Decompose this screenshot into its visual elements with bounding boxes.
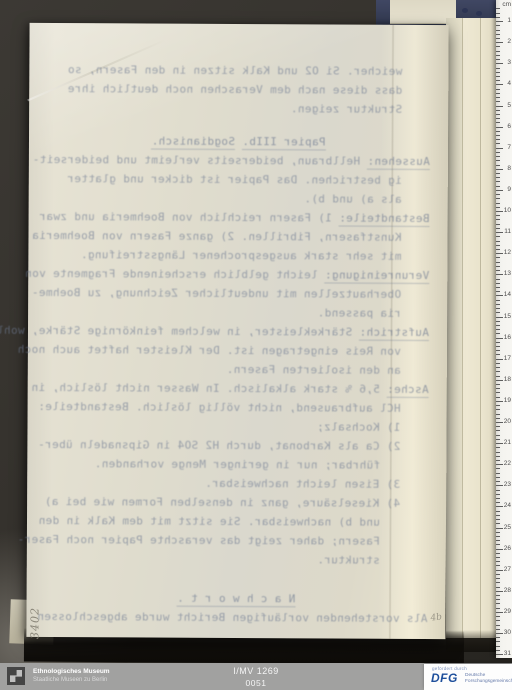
ruler-number: 26 [501, 545, 511, 553]
cover-speck [476, 11, 482, 16]
ruler-tick [496, 536, 500, 537]
handwritten-number-left: 3402 [28, 607, 41, 639]
ruler-tick [496, 8, 500, 9]
ruler-tick [496, 565, 500, 566]
ruler-number: 29 [501, 608, 511, 616]
ruler-tick [496, 283, 500, 284]
typed-line: und b) nachweisbar. Sie sitzt mit dem Ka… [45, 514, 428, 529]
handwritten-mark-bottom-right: 4b [430, 612, 443, 623]
typed-text: 3) Eisen leicht nachweisbar. [205, 477, 400, 491]
ruler-tick [496, 616, 500, 617]
ruler-tick [496, 181, 500, 182]
typed-underlined-text: Aufstrich: [359, 326, 429, 341]
typed-text: Stärkekleister, in welchem feinkörnige S… [0, 324, 359, 339]
ruler-tick [496, 346, 500, 347]
typed-text: Oberhautzellen mit undeutlicher Zeichnun… [32, 286, 402, 301]
ruler-tick [496, 392, 500, 393]
ruler-tick [496, 97, 500, 98]
ruler-tick [496, 249, 500, 250]
ruler-tick [496, 300, 500, 301]
ruler-tick [496, 523, 500, 524]
ruler-tick [496, 603, 500, 604]
ruler-tick [496, 418, 500, 419]
ruler-number: 12 [501, 249, 511, 257]
ruler-number: 21 [501, 439, 511, 447]
ruler-tick [496, 650, 500, 651]
ruler-tick [496, 477, 500, 478]
dfg-funding-box: gefördert durch DFG Deutsche Forschungsg… [424, 664, 512, 690]
ruler-number: 23 [501, 481, 511, 489]
typed-line: Bestandteile: 1) Fasern reichlich von Bo… [47, 210, 430, 225]
ruler-number: 16 [501, 334, 511, 342]
ruler-number: 7 [501, 144, 511, 152]
ruler-tick [496, 578, 500, 579]
ruler-tick [496, 329, 500, 330]
ruler-tick [496, 629, 500, 630]
ruler-tick [496, 397, 500, 398]
ruler-tick [496, 30, 500, 31]
typed-line: 1) Kochsalz; [45, 419, 428, 434]
ruler-tick [496, 287, 500, 288]
dfg-logo: DFG [431, 671, 458, 685]
ruler-tick [496, 122, 500, 123]
ruler-tick [496, 228, 500, 229]
typed-text: leicht gelblich erscheinende Fragmente v… [25, 267, 325, 282]
ruler-tick [496, 46, 500, 47]
ruler-tick [496, 376, 500, 377]
ruler-tick [496, 198, 500, 199]
ruler-number: 28 [501, 587, 511, 595]
ruler-tick [496, 608, 500, 609]
stacked-leaf [463, 18, 481, 638]
typed-line: Asche: 5,6 % stark alkalisch. In Wasser … [46, 381, 429, 396]
ruler-tick [496, 177, 500, 178]
ruler-number: 25 [501, 524, 511, 532]
ruler-tick [496, 110, 500, 111]
ruler-tick [496, 460, 500, 461]
funding-org-line2: Forschungsgemeinschaft [465, 679, 512, 685]
typed-underlined-text: Verunreinigung: [325, 268, 430, 284]
typed-text [235, 135, 242, 148]
typed-line: Oberhautzellen mit undeutlicher Zeichnun… [46, 286, 429, 301]
ruler-tick [496, 409, 500, 410]
ruler-tick [496, 456, 500, 457]
ruler-tick [496, 473, 500, 474]
typed-text-layer: weicher. Si O2 und Kalk sitzen in den Fa… [36, 23, 438, 639]
ruler-number: 13 [501, 270, 511, 278]
ruler-tick [496, 266, 500, 267]
ruler-tick [496, 135, 500, 136]
ruler-number: 9 [501, 186, 511, 194]
ruler-number: 14 [501, 291, 511, 299]
ruler-tick [496, 363, 500, 364]
ruler-number: 2 [501, 38, 511, 46]
ruler-tick [496, 80, 500, 81]
ruler-tick [496, 291, 500, 292]
ruler-tick [496, 114, 500, 115]
ruler-tick [496, 51, 500, 52]
ruler-tick [496, 131, 500, 132]
ruler-tick [496, 637, 500, 638]
ruler-tick [496, 333, 500, 334]
ruler-tick [496, 118, 500, 119]
typed-text: mit sehr stark ausgesprochener Längsstre… [81, 248, 402, 263]
ruler-number: 8 [501, 165, 511, 173]
ruler-tick [496, 468, 500, 469]
ruler-tick [496, 620, 500, 621]
ruler-tick [496, 490, 500, 491]
ruler-number: 18 [501, 376, 511, 384]
ruler-tick [496, 646, 500, 647]
ruler-tick [496, 350, 500, 351]
ruler-tick [496, 515, 500, 516]
ruler-number: 20 [501, 418, 511, 426]
ruler-number: 4 [501, 80, 511, 88]
ruler-tick [496, 34, 500, 35]
ruler-tick [496, 367, 500, 368]
ruler-tick [496, 241, 500, 242]
typed-underlined-text: Aussehen: [367, 155, 430, 170]
ruler-tick [496, 321, 500, 322]
cover-speck [462, 8, 468, 13]
ruler-tick [496, 625, 500, 626]
ruler-tick [496, 494, 500, 495]
ruler-tick [496, 224, 500, 225]
typed-text: an den isolierten Fasern. [226, 363, 400, 377]
ruler-tick [496, 304, 500, 305]
ruler-tick [496, 245, 500, 246]
ruler-tick [496, 540, 500, 541]
typed-line: 3) Eisen leicht nachweisbar. [45, 476, 428, 491]
ruler-tick [496, 447, 500, 448]
typed-line: führbar; nur in geringer Menge vorhanden… [45, 457, 428, 472]
typed-line: Als vorstehenden vorläufigen Bericht wur… [44, 610, 427, 625]
ruler-tick [496, 68, 500, 69]
ruler-number: 1 [501, 17, 511, 25]
ruler-tick [496, 452, 500, 453]
ruler-tick [496, 553, 500, 554]
typed-text: 5,6 % stark alkalisch. In Wasser nicht l… [31, 381, 387, 396]
ruler-tick [496, 173, 500, 174]
typed-line: als a) und b). [47, 191, 430, 206]
typed-text: von Reis eingetragen ist. Der Kleister h… [17, 343, 401, 358]
ruler-number: 3 [501, 59, 511, 67]
ruler-tick [496, 72, 500, 73]
ruler-tick [496, 270, 500, 271]
ruler-tick [496, 89, 500, 90]
stacked-leaf [446, 18, 463, 638]
typed-text: als a) und b). [304, 192, 402, 206]
ruler-tick [496, 582, 500, 583]
typed-text: Kunstfasern, Fibrillen. 2) ganze Fasern … [32, 229, 402, 244]
ruler-number: 27 [501, 566, 511, 574]
ruler-tick [496, 143, 500, 144]
ruler-tick [496, 236, 500, 237]
typed-text: dass diese nach dem Veraschen noch deutl… [68, 82, 403, 97]
typed-line: Verunreinigung: leicht gelblich erschein… [46, 267, 429, 282]
ruler-number: 17 [501, 355, 511, 363]
typed-line: an den isolierten Fasern. [46, 362, 429, 377]
ruler-tick [496, 38, 500, 39]
ruler-tick [496, 388, 500, 389]
typed-text: 2) Ca als Karbonat, durch H2 SO4 in Gips… [38, 438, 401, 453]
ruler-tick [496, 587, 500, 588]
ruler-tick [496, 426, 500, 427]
typed-line: Papier IIIb. Sogdianisch. [47, 134, 430, 149]
ruler-number: 19 [501, 397, 511, 405]
typed-line: Kunstfasern, Fibrillen. 2) ganze Fasern … [46, 229, 429, 244]
ruler-tick [496, 215, 500, 216]
ruler-tick [496, 502, 500, 503]
typed-text: struktur. [317, 553, 380, 566]
typed-text: führbar; nur in geringer Menge vorhanden… [94, 457, 380, 471]
ruler-tick [496, 641, 500, 642]
typed-line: von Reis eingetragen ist. Der Kleister h… [46, 343, 429, 358]
typed-text: Hellbraun, beiderseits verleimt und beid… [32, 153, 367, 168]
ruler-tick [496, 17, 500, 18]
typed-underlined-text: Sogdianisch. [151, 135, 235, 150]
typed-text: HCl aufbrausend, nicht völlig löslich. B… [38, 400, 401, 415]
ruler-tick [496, 76, 500, 77]
typed-text: Struktur zeigen. [291, 102, 403, 116]
ruler-tick [496, 160, 500, 161]
ruler-tick [496, 414, 500, 415]
typed-text: ria passend. [317, 306, 401, 319]
typed-line: Struktur zeigen. [47, 101, 430, 116]
ruler-number: 6 [501, 123, 511, 131]
typed-line: HCl aufbrausend, nicht völlig löslich. B… [46, 400, 429, 415]
typed-text: 1) Fasern reichlich von Boehmeria und zw… [39, 210, 339, 225]
page-stack-fore-edge [446, 18, 498, 652]
typed-text: 1) Kochsalz; [317, 420, 401, 433]
typed-line: 4) Kieselsäure, ganz in denselben Formen… [45, 495, 428, 510]
ruler-tick [496, 308, 500, 309]
ruler-tick [496, 194, 500, 195]
ruler-tick [496, 93, 500, 94]
ruler-tick [496, 186, 500, 187]
ruler-tick [496, 405, 500, 406]
typed-line: weicher. Si O2 und Kalk sitzen in den Fa… [47, 63, 430, 78]
typed-line: Aufstrich: Stärkekleister, in welchem fe… [46, 324, 429, 339]
ruler-tick [496, 219, 500, 220]
typed-underlined-text: Papier IIIb. [242, 135, 326, 150]
ruler-tick [496, 165, 500, 166]
ruler-tick [496, 435, 500, 436]
ruler-number: 5 [501, 102, 511, 110]
ruler-tick [496, 55, 500, 56]
typed-underlined-text: Asche: [387, 383, 429, 398]
typed-line: ig bestrichen. Das Papier ist dicker und… [47, 172, 430, 187]
ruler-tick [496, 262, 500, 263]
ruler-number: 10 [501, 207, 511, 215]
ruler-number: 22 [501, 460, 511, 468]
funding-org-name: Deutsche Forschungsgemeinschaft [465, 673, 512, 684]
cm-ruler: cm 1234567891011121314151617181920212223… [496, 0, 512, 658]
ruler-tick [496, 312, 500, 313]
ruler-tick [496, 342, 500, 343]
typed-line: N a c h w o r t . [45, 591, 428, 606]
ruler-tick [496, 557, 500, 558]
typed-text: weicher. Si O2 und Kalk sitzen in den Fa… [68, 63, 403, 78]
ruler-tick [496, 156, 500, 157]
ruler-tick [496, 279, 500, 280]
ruler-tick [496, 207, 500, 208]
typed-line: Fasern; daher zeigt das veraschte Papier… [45, 533, 428, 548]
typed-line: dass diese nach dem Veraschen noch deutl… [47, 82, 430, 97]
typed-text: ig bestrichen. Das Papier ist dicker und… [67, 172, 402, 187]
typed-text: Fasern; daher zeigt das veraschte Papier… [17, 533, 380, 548]
ruler-tick [496, 481, 500, 482]
ruler-tick [496, 439, 500, 440]
typed-line: mit sehr stark ausgesprochener Längsstre… [46, 248, 429, 263]
ruler-tick [496, 599, 500, 600]
typed-line: 2) Ca als Karbonat, durch H2 SO4 in Gips… [45, 438, 428, 453]
ruler-tick [496, 59, 500, 60]
typed-text: 4) Kieselsäure, ganz in denselben Formen… [44, 495, 400, 510]
ruler-tick [496, 384, 500, 385]
ruler-tick [496, 325, 500, 326]
typed-text: Als vorstehenden vorläufigen Bericht wur… [37, 610, 428, 625]
typed-underlined-text: N a c h w o r t . [177, 592, 296, 608]
ruler-tick [496, 101, 500, 102]
ruler-tick [496, 354, 500, 355]
ruler-number: 11 [501, 228, 511, 236]
ruler-tick [496, 519, 500, 520]
ruler-tick [496, 152, 500, 153]
typed-text: und b) nachweisbar. Sie sitzt mit dem Ka… [38, 514, 380, 529]
ruler-tick [496, 595, 500, 596]
ruler-tick [496, 13, 500, 14]
typed-line: ria passend. [46, 305, 429, 320]
ruler-tick [496, 574, 500, 575]
ruler-unit-label: cm [502, 1, 511, 8]
ruler-tick [496, 257, 500, 258]
ruler-number: 24 [501, 502, 511, 510]
ruler-number: 30 [501, 629, 511, 637]
ruler-tick [496, 203, 500, 204]
scanned-page: weicher. Si O2 und Kalk sitzen in den Fa… [26, 23, 448, 639]
ruler-tick [496, 561, 500, 562]
ruler-tick [496, 544, 500, 545]
typed-line: struktur. [45, 552, 428, 567]
ruler-number: 31 [501, 650, 511, 658]
ruler-tick [496, 498, 500, 499]
typed-line: Aussehen: Hellbraun, beiderseits verleim… [47, 153, 430, 168]
ruler-tick [496, 532, 500, 533]
ruler-number: 15 [501, 313, 511, 321]
ruler-tick [496, 25, 500, 26]
ruler-tick [496, 511, 500, 512]
ruler-tick [496, 430, 500, 431]
typed-underlined-text: Bestandteile: [339, 212, 430, 227]
ruler-tick [496, 371, 500, 372]
ruler-tick [496, 139, 500, 140]
